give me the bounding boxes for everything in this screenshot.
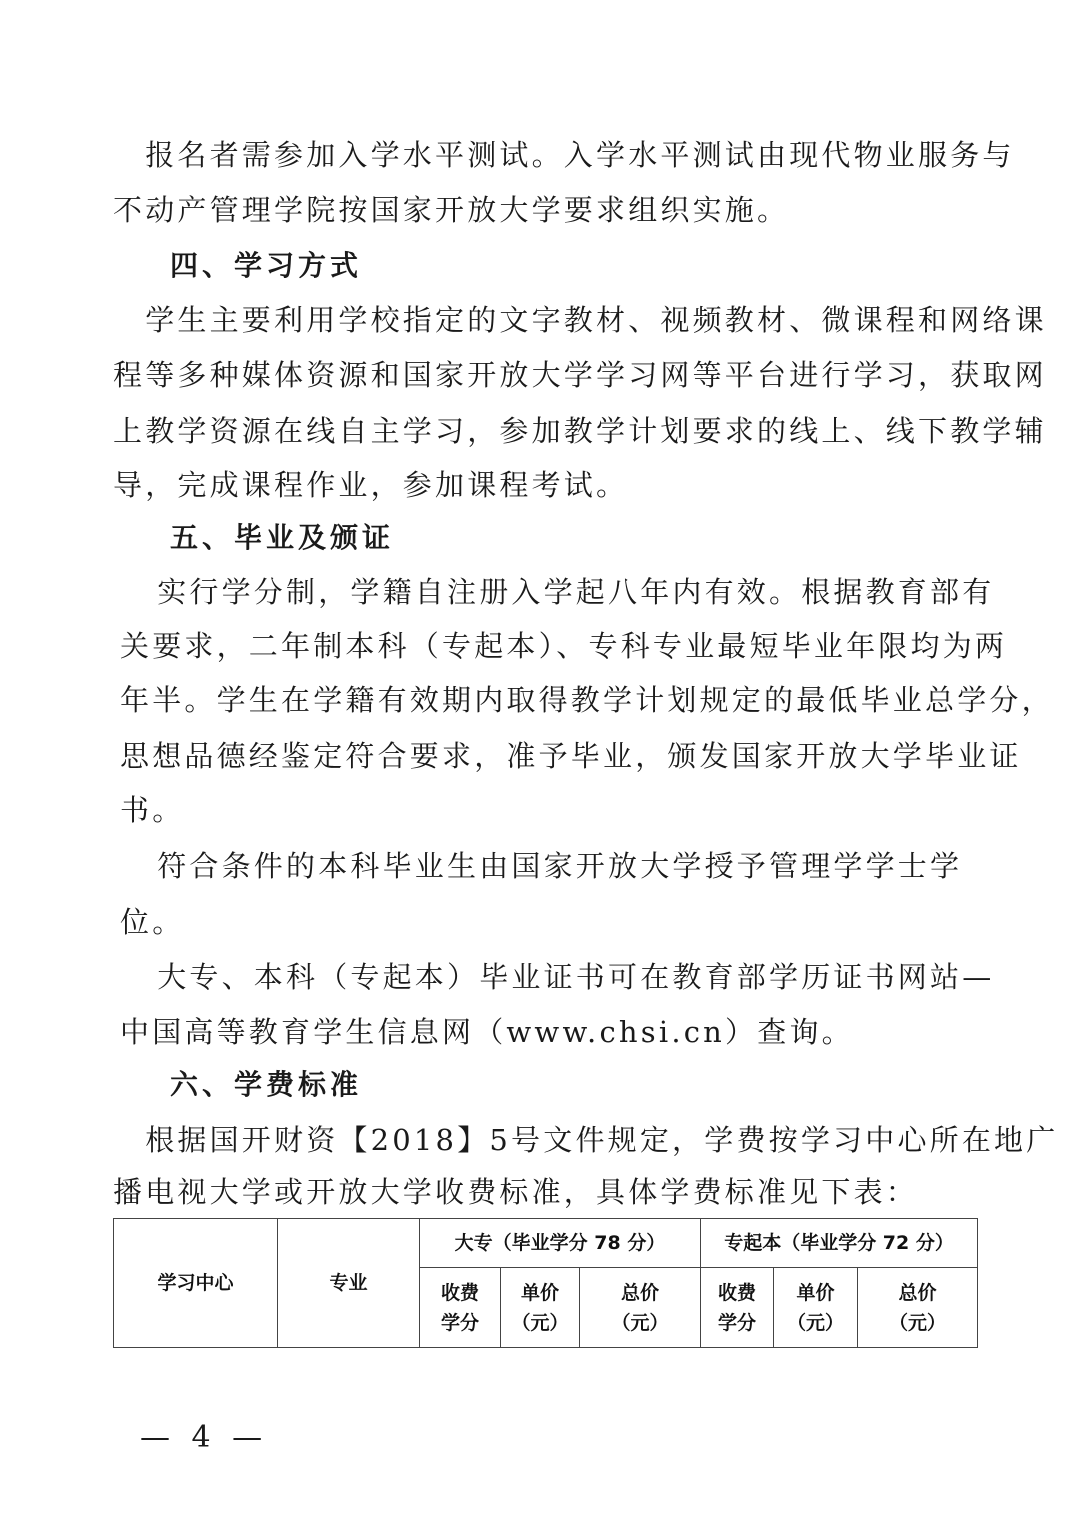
paragraph-line: 程等多种媒体资源和国家开放大学学习网等平台进行学习，获取网 — [113, 355, 980, 395]
paragraph-line: 播电视大学或开放大学收费标准，具体学费标准见下表： — [113, 1172, 980, 1212]
paragraph-line: 思想品德经鉴定符合要求，准予毕业，颁发国家开放大学毕业证 — [120, 736, 987, 776]
page-number: — 4 — — [140, 1420, 268, 1455]
paragraph-line: 导，完成课程作业，参加课程考试。 — [113, 465, 980, 505]
paragraph-line: 中国高等教育学生信息网（www.chsi.cn）查询。 — [120, 1012, 987, 1052]
paragraph-line: 不动产管理学院按国家开放大学要求组织实施。 — [113, 190, 980, 230]
header-total-price: 总价（元） — [580, 1268, 701, 1348]
section-heading-learning-method: 四、学习方式 — [170, 246, 1037, 286]
paragraph-line: 根据国开财资【2018】5号文件规定，学费按学习中心所在地广 — [113, 1120, 980, 1160]
header-learning-center: 学习中心 — [114, 1219, 278, 1348]
paragraph-line: 年半。学生在学籍有效期内取得教学计划规定的最低毕业总学分， — [120, 680, 987, 720]
header-major: 专业 — [278, 1219, 420, 1348]
header-charged-credits: 收费学分 — [701, 1268, 774, 1348]
paragraph-line: 学生主要利用学校指定的文字教材、视频教材、微课程和网络课 — [113, 300, 980, 340]
header-total-price: 总价（元） — [858, 1268, 978, 1348]
tuition-table: 学习中心 专业 大专（毕业学分 78 分） 专起本（毕业学分 72 分） 收费学… — [113, 1218, 978, 1348]
paragraph-line: 上教学资源在线自主学习，参加教学计划要求的线上、线下教学辅 — [113, 411, 980, 451]
paragraph-line: 位。 — [120, 902, 987, 942]
section-heading-graduation: 五、毕业及颁证 — [170, 518, 1037, 558]
section-heading-tuition: 六、学费标准 — [170, 1065, 1037, 1105]
header-unit-price: 单价（元） — [501, 1268, 580, 1348]
paragraph-line: 关要求，二年制本科（专起本）、专科专业最短毕业年限均为两 — [120, 626, 987, 666]
header-charged-credits: 收费学分 — [420, 1268, 501, 1348]
paragraph-line: 报名者需参加入学水平测试。入学水平测试由现代物业服务与 — [113, 135, 980, 175]
paragraph-line: 符合条件的本科毕业生由国家开放大学授予管理学学士学 — [125, 846, 992, 886]
paragraph-line: 大专、本科（专起本）毕业证书可在教育部学历证书网站— — [125, 957, 992, 997]
header-unit-price: 单价（元） — [774, 1268, 858, 1348]
header-junior-college-group: 大专（毕业学分 78 分） — [420, 1219, 701, 1268]
paragraph-line: 实行学分制，学籍自注册入学起八年内有效。根据教育部有 — [125, 572, 992, 612]
header-upgrade-group: 专起本（毕业学分 72 分） — [701, 1219, 978, 1268]
paragraph-line: 书。 — [120, 790, 987, 830]
